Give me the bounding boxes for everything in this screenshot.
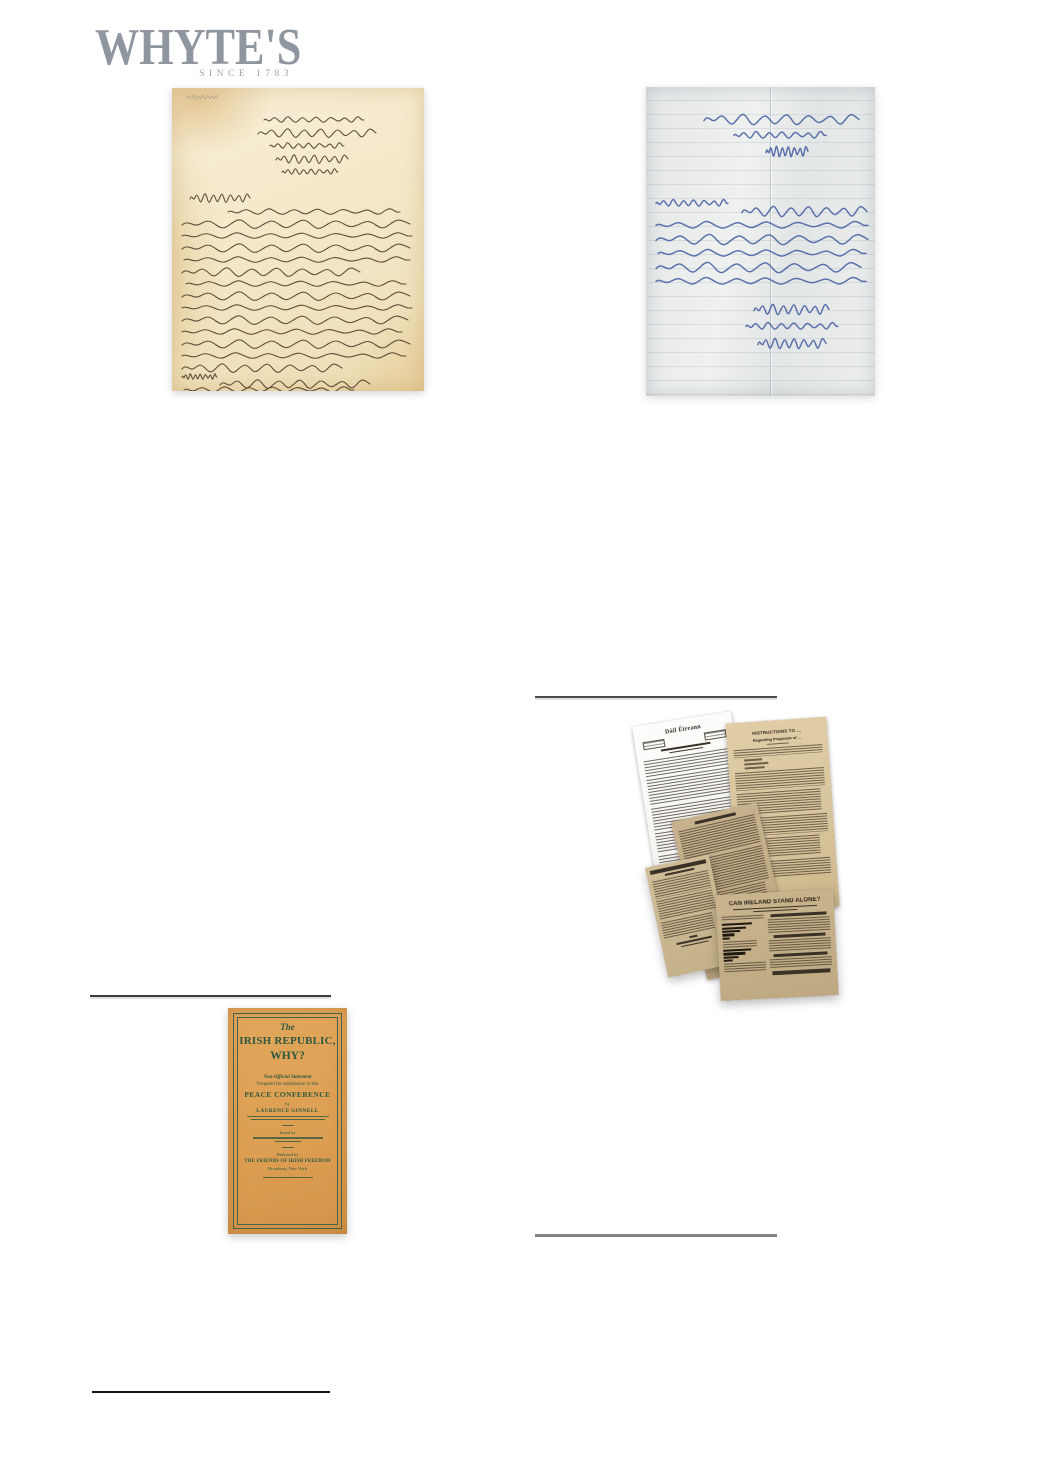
pamphlet-conference: PEACE CONFERENCE [228,1090,347,1099]
form-box [704,729,727,740]
irish-republic-pamphlet: The IRISH REPUBLIC, WHY? Non-Official St… [228,1008,347,1234]
pamphlet-by: by [228,1101,347,1106]
divider-line [90,995,331,997]
pamphlet-author: LAURENCE GINNELL [228,1108,347,1114]
logo-tagline: SINCE 1783 [199,69,293,79]
whytes-logo: WHYTE'S SINCE 1783 [95,22,295,84]
divider-line [535,696,777,698]
text-columns [767,911,832,975]
cream-letter-photo [172,88,424,391]
pamphlet-address: Broadway, New York [228,1166,347,1171]
logo-wordmark: WHYTE'S [95,22,301,74]
can-ireland-stand-alone-broadside: CAN IRELAND STAND ALONE? [715,889,838,1001]
document-pile-photo: Dáil Éireann INSTRUCTIONS TO … Regarding… [638,708,853,1013]
bar-chart-column [721,915,766,978]
stepped-bar-chart [722,922,765,940]
catalogue-page: WHYTE'S SINCE 1783 [0,0,1040,1471]
blue-letter-photo [646,87,875,396]
pamphlet-publisher: THE FRIENDS OF IRISH FREEDOM [228,1159,347,1164]
divider-line [92,1391,330,1393]
pamphlet-statement2: Prepared for submission to the [228,1082,347,1087]
handwriting-strokes [172,88,424,391]
stepped-bar-chart [723,948,766,962]
pamphlet-title2: WHY? [228,1050,347,1062]
pamphlet-the: The [228,1022,347,1032]
divider-line [535,1234,777,1237]
pamphlet-issued-by: Issued by [228,1130,347,1135]
pamphlet-title: IRISH REPUBLIC, [228,1035,347,1047]
pamphlet-statement: Non-Official Statement [228,1075,347,1080]
pamphlet-published-by: Published by [228,1152,347,1157]
handwriting-strokes [646,87,875,396]
